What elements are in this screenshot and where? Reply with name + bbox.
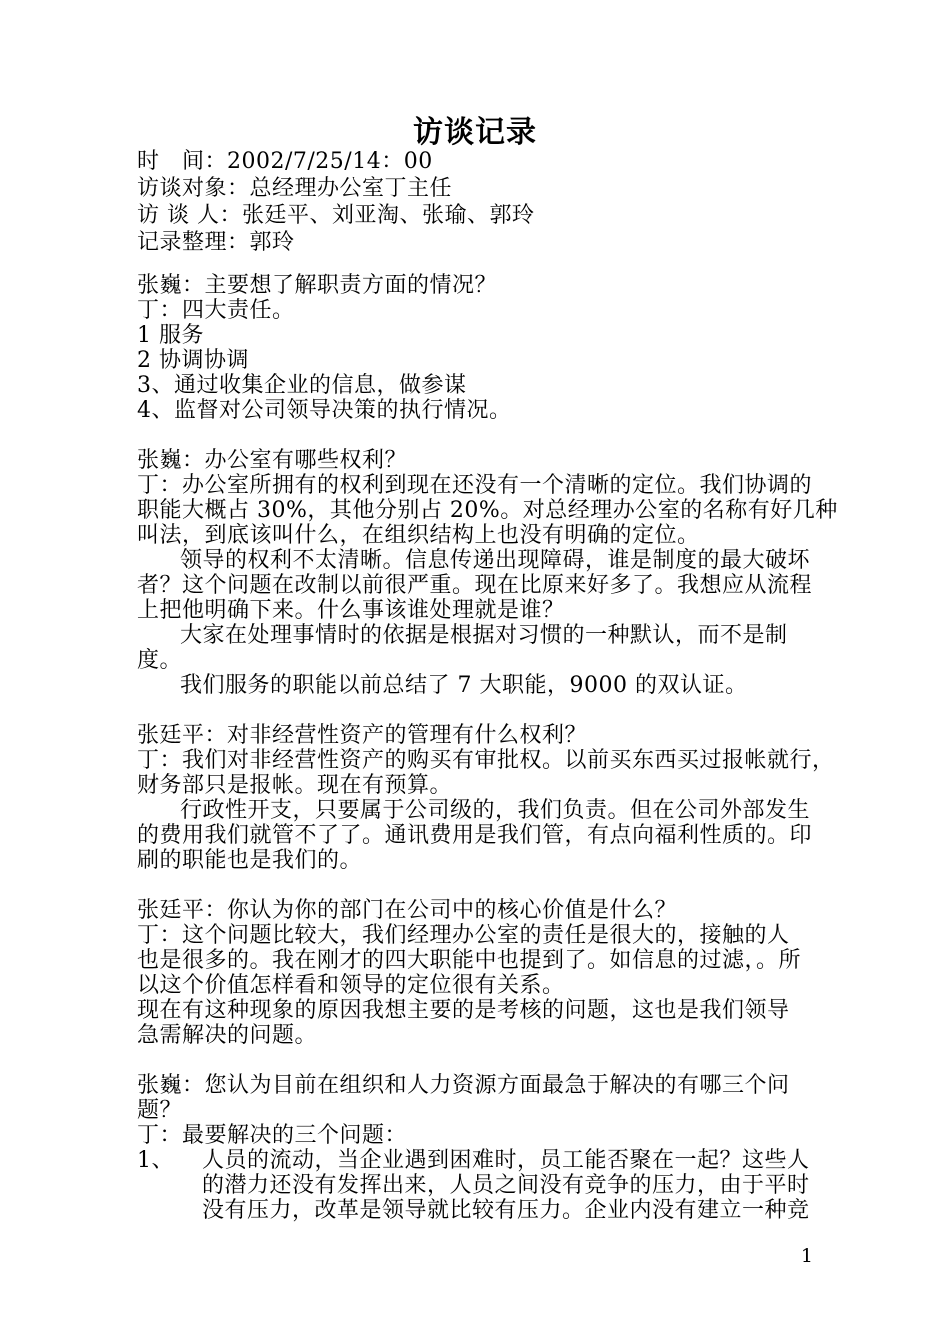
meta-block: 时 间：2002/7/25/14：00访谈对象：总经理办公室丁主任访 谈 人：张… <box>137 148 813 256</box>
text-line: 张巍：办公室有哪些权利？ <box>137 448 813 473</box>
document-title: 访谈记录 <box>137 118 813 148</box>
text-line: 3、通过收集企业的信息，做参谋 <box>137 373 813 398</box>
text-line: 叫法，到底该叫什么，在组织结构上也没有明确的定位。 <box>137 523 813 548</box>
text-line: 行政性开支，只要属于公司级的，我们负责。但在公司外部发生 <box>137 798 813 823</box>
text-line: 财务部只是报帐。现在有预算。 <box>137 773 813 798</box>
meta-line-2: 访 谈 人：张廷平、刘亚淘、张瑜、郭玲 <box>137 202 813 229</box>
text-line: 丁：我们对非经营性资产的购买有审批权。以前买东西买过报帐就行， <box>137 748 813 773</box>
text-line: 张巍：您认为目前在组织和人力资源方面最急于解决的有哪三个问 <box>137 1073 813 1098</box>
text-line: 张廷平：你认为你的部门在公司中的核心价值是什么？ <box>137 898 813 923</box>
text-line: 的潜力还没有发挥出来，人员之间没有竞争的压力，由于平时 <box>137 1173 813 1198</box>
section-office-rights: 张巍：办公室有哪些权利？丁：办公室所拥有的权利到现在还没有一个清晰的定位。我们协… <box>137 448 813 698</box>
text-line: 张廷平：对非经营性资产的管理有什么权利？ <box>137 723 813 748</box>
document-page: 访谈记录 时 间：2002/7/25/14：00访谈对象：总经理办公室丁主任访 … <box>0 0 950 1344</box>
text-line: 也是很多的。我在刚才的四大职能中也提到了。如信息的过滤，。所 <box>137 948 813 973</box>
text-line: 1 服务 <box>137 323 813 348</box>
text-line: 刷的职能也是我们的。 <box>137 848 813 873</box>
section-core-value: 张廷平：你认为你的部门在公司中的核心价值是什么？丁：这个问题比较大，我们经理办公… <box>137 898 813 1048</box>
section-duties: 张巍：主要想了解职责方面的情况？丁：四大责任。1 服务2 协调协调3、通过收集企… <box>137 273 813 423</box>
text-line: 大家在处理事情时的依据是根据对习惯的一种默认，而不是制 <box>137 623 813 648</box>
text-line: 我们服务的职能以前总结了 7 大职能，9000 的双认证。 <box>137 673 813 698</box>
text-line: 2 协调协调 <box>137 348 813 373</box>
text-line: 没有压力，改革是领导就比较有压力。企业内没有建立一种竞 <box>137 1198 813 1223</box>
list-item-text: 人员的流动，当企业遇到困难时，员工能否聚在一起？这些人 <box>202 1148 810 1173</box>
text-line: 的费用我们就管不了了。通讯费用是我们管，有点向福利性质的。印 <box>137 823 813 848</box>
text-line: 张巍：主要想了解职责方面的情况？ <box>137 273 813 298</box>
text-line: 急需解决的问题。 <box>137 1023 813 1048</box>
text-line: 4、监督对公司领导决策的执行情况。 <box>137 398 813 423</box>
text-line: 度。 <box>137 648 813 673</box>
text-line: 者？这个问题在改制以前很严重。现在比原来好多了。我想应从流程 <box>137 573 813 598</box>
text-line: 职能大概占 30%，其他分别占 20%。对总经理办公室的名称有好几种 <box>137 498 813 523</box>
text-line: 领导的权利不太清晰。信息传递出现障碍，谁是制度的最大破坏 <box>137 548 813 573</box>
page-number: 1 <box>137 1244 813 1269</box>
meta-line-3: 记录整理：郭玲 <box>137 229 813 256</box>
meta-line-1: 访谈对象：总经理办公室丁主任 <box>137 175 813 202</box>
document-body: 张巍：主要想了解职责方面的情况？丁：四大责任。1 服务2 协调协调3、通过收集企… <box>137 273 813 1223</box>
document-content: 访谈记录 时 间：2002/7/25/14：00访谈对象：总经理办公室丁主任访 … <box>137 118 813 1223</box>
text-line: 题？ <box>137 1098 813 1123</box>
text-line: 以这个价值怎样看和领导的定位很有关系。 <box>137 973 813 998</box>
section-three-problems: 张巍：您认为目前在组织和人力资源方面最急于解决的有哪三个问题？丁：最要解决的三个… <box>137 1073 813 1223</box>
section-non-operating-assets: 张廷平：对非经营性资产的管理有什么权利？丁：我们对非经营性资产的购买有审批权。以… <box>137 723 813 873</box>
list-marker: 1、 <box>137 1148 202 1173</box>
meta-line-0: 时 间：2002/7/25/14：00 <box>137 148 813 175</box>
text-line: 上把他明确下来。什么事该谁处理就是谁？ <box>137 598 813 623</box>
text-line: 丁：四大责任。 <box>137 298 813 323</box>
text-line: 丁：这个问题比较大，我们经理办公室的责任是很大的，接触的人 <box>137 923 813 948</box>
text-line: 1、人员的流动，当企业遇到困难时，员工能否聚在一起？这些人 <box>137 1148 813 1173</box>
text-line: 丁：最要解决的三个问题： <box>137 1123 813 1148</box>
text-line: 现在有这种现象的原因我想主要的是考核的问题，这也是我们领导 <box>137 998 813 1023</box>
text-line: 丁：办公室所拥有的权利到现在还没有一个清晰的定位。我们协调的 <box>137 473 813 498</box>
